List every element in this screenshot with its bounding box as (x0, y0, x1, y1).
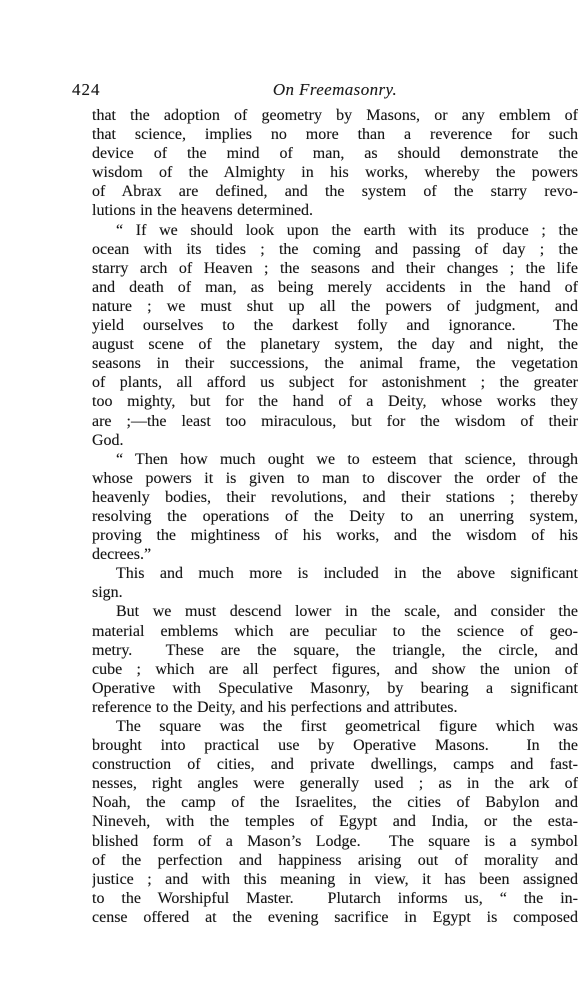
text-line: of plants, all afford us subject for ast… (92, 373, 578, 392)
text-line: material emblems which are peculiar to t… (92, 622, 578, 641)
text-line: God. (92, 431, 578, 450)
text-line: “ Then how much ought we to esteem that … (92, 450, 578, 469)
text-line: sign. (92, 583, 578, 602)
text-line: decrees.” (92, 545, 578, 564)
text-line: ocean with its tides ; the coming and pa… (92, 240, 578, 259)
text-line: whose powers it is given to man to disco… (92, 469, 578, 488)
text-line: reference to the Deity, and his perfecti… (92, 698, 578, 717)
text-line: cense offered at the evening sacrifice i… (92, 908, 578, 927)
text-line: blished form of a Mason’s Lodge. The squ… (92, 832, 578, 851)
text-line: seasons in their successions, the animal… (92, 354, 578, 373)
text-line: to the Worshipful Master. Plutarch infor… (92, 889, 578, 908)
text-line: of the perfection and happiness arising … (92, 851, 578, 870)
text-line: starry arch of Heaven ; the seasons and … (92, 259, 578, 278)
text-line: This and much more is included in the ab… (92, 564, 578, 583)
text-line: The square was the first geometrical fig… (92, 717, 578, 736)
text-line: nesses, right angles were generally used… (92, 774, 578, 793)
text-line: “ If we should look upon the earth with … (92, 221, 578, 240)
text-line: resolving the operations of the Deity to… (92, 507, 578, 526)
text-line: Operative with Speculative Masonry, by b… (92, 679, 578, 698)
text-line: cube ; which are all perfect figures, an… (92, 660, 578, 679)
text-line: construction of cities, and private dwel… (92, 755, 578, 774)
text-line: But we must descend lower in the scale, … (92, 602, 578, 621)
text-line: nature ; we must shut up all the powers … (92, 297, 578, 316)
text-line: justice ; and with this meaning in view,… (92, 870, 578, 889)
text-line: that the adoption of geometry by Masons,… (92, 106, 578, 125)
text-line: yield ourselves to the darkest folly and… (92, 316, 578, 335)
running-head: 424 On Freemasonry. (0, 80, 587, 102)
body-text: that the adoption of geometry by Masons,… (92, 106, 578, 927)
text-line: proving the mightiness of his works, and… (92, 526, 578, 545)
text-line: august scene of the planetary system, th… (92, 335, 578, 354)
running-title: On Freemasonry. (92, 80, 578, 100)
text-line: that science, implies no more than a rev… (92, 125, 578, 144)
text-line: too mighty, but for the hand of a Deity,… (92, 392, 578, 411)
text-line: wisdom of the Almighty in his works, whe… (92, 163, 578, 182)
text-line: brought into practical use by Operative … (92, 736, 578, 755)
text-line: metry. These are the square, the triangl… (92, 641, 578, 660)
text-line: device of the mind of man, as should dem… (92, 144, 578, 163)
text-line: lutions in the heavens determined. (92, 201, 578, 220)
book-page-scan: 424 On Freemasonry. that the adoption of… (0, 0, 587, 1008)
text-line: Noah, the camp of the Israelites, the ci… (92, 793, 578, 812)
text-line: and death of man, as being merely accide… (92, 278, 578, 297)
text-line: of Abrax are defined, and the system of … (92, 182, 578, 201)
text-line: are ;—the least too miraculous, but for … (92, 412, 578, 431)
text-line: heavenly bodies, their revolutions, and … (92, 488, 578, 507)
text-line: Nineveh, with the temples of Egypt and I… (92, 812, 578, 831)
